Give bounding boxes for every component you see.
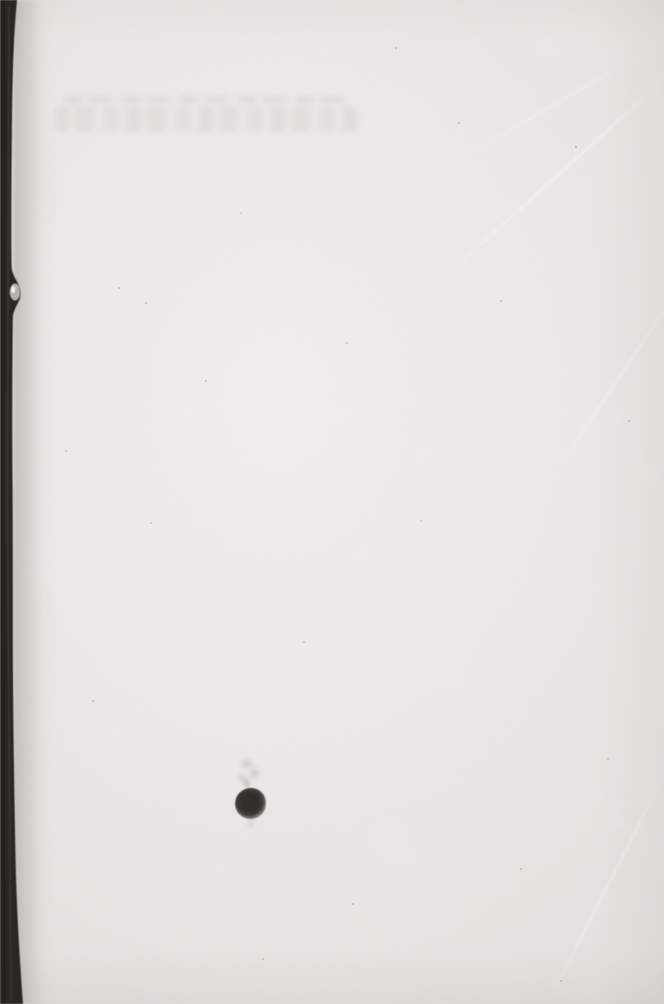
paper-surface <box>0 0 664 1004</box>
ink-blot-tail <box>245 816 257 834</box>
binding-dark-core <box>3 0 4 1004</box>
book-binding-edge <box>0 0 44 1004</box>
ink-blot <box>235 788 266 819</box>
binding-stitch-thread <box>10 284 20 301</box>
scanned-book-page <box>0 0 664 1004</box>
binding-stitch-thread-highlight <box>11 286 15 293</box>
bleedthrough-text-ghost <box>55 96 361 134</box>
